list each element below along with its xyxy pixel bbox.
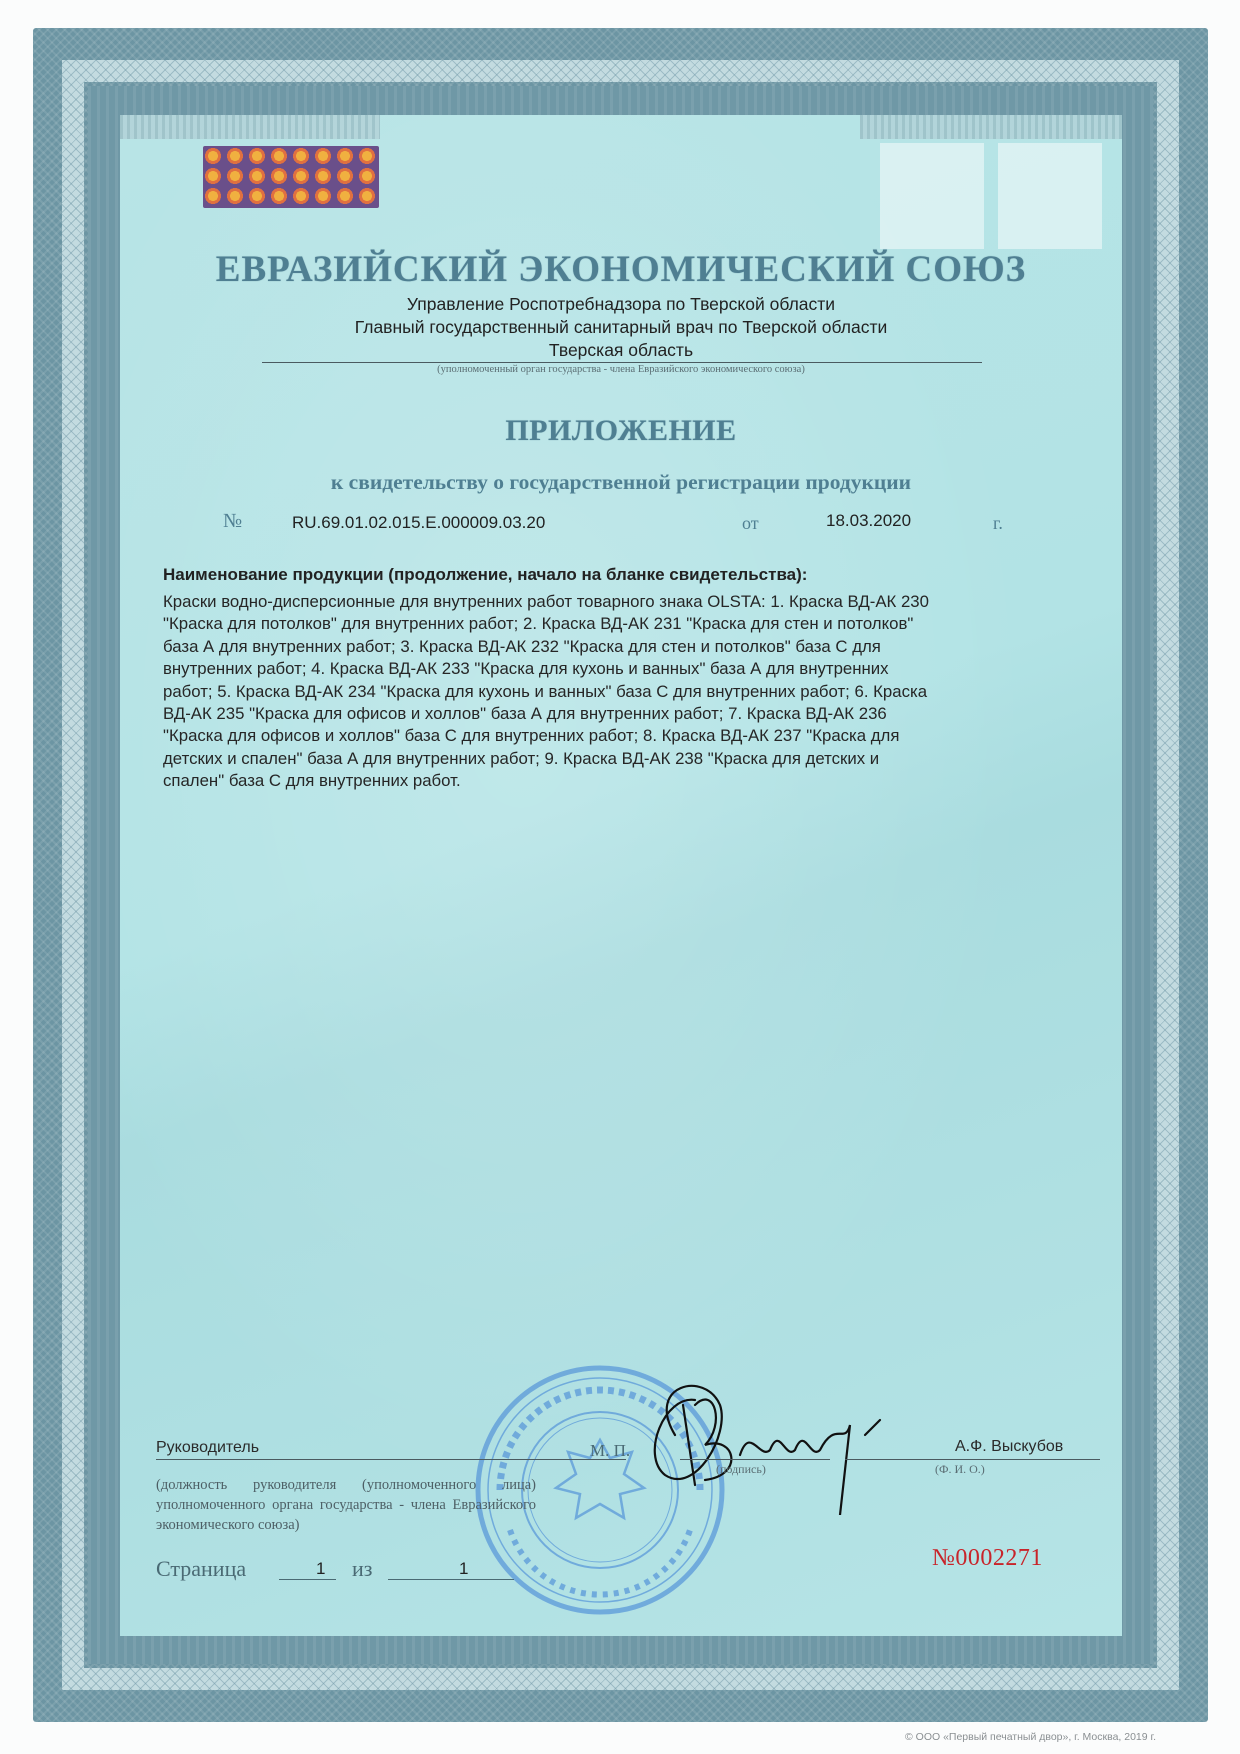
signature-caption: (подпись): [716, 1462, 766, 1477]
product-line: работ; 5. Краска ВД-АК 234 "Краска для к…: [163, 681, 1098, 703]
appendix-subtitle: к свидетельству о государственной регист…: [120, 470, 1122, 495]
product-line: Краски водно-дисперсионные для внутренни…: [163, 591, 1098, 613]
name-caption: (Ф. И. О.): [935, 1462, 985, 1477]
signature-underline: [680, 1459, 830, 1460]
product-line: "Краска для потолков" для внутренних раб…: [163, 613, 1098, 635]
security-strip-left: [120, 115, 380, 139]
security-strip-right: [860, 115, 1122, 139]
page-label: Страница: [156, 1556, 246, 1582]
current-page-underline: [279, 1579, 336, 1580]
serial-number: №0002271: [932, 1545, 1043, 1572]
role-underline: [156, 1459, 626, 1460]
product-line: детских и спален" база А для внутренних …: [163, 748, 1098, 770]
name-underline: [845, 1459, 1100, 1460]
year-suffix: г.: [993, 513, 1003, 534]
page-of-label: из: [352, 1556, 372, 1582]
current-page: 1: [316, 1559, 325, 1579]
total-pages-underline: [388, 1579, 514, 1580]
authority-line: Управление Роспотребнадзора по Тверской …: [120, 294, 1122, 315]
appendix-title: ПРИЛОЖЕНИЕ: [120, 414, 1122, 448]
certificate-date: 18.03.2020: [826, 511, 911, 531]
blank-field-box: [998, 143, 1102, 249]
product-line: спален" база С для внутренних работ.: [163, 770, 1098, 792]
authority-caption: (уполномоченный орган государства - член…: [120, 364, 1122, 375]
certificate-number: RU.69.01.02.015.Е.000009.03.20: [292, 513, 545, 533]
product-line: ВД-АК 235 "Краска для офисов и холлов" б…: [163, 703, 1098, 725]
blank-field-box: [880, 143, 984, 249]
authority-line: Тверская область: [120, 340, 1122, 361]
from-label: от: [742, 513, 759, 534]
union-title: ЕВРАЗИЙСКИЙ ЭКОНОМИЧЕСКИЙ СОЮЗ: [120, 248, 1122, 291]
number-label: №: [223, 510, 242, 533]
product-line: "Краска для офисов и холлов" база С для …: [163, 725, 1098, 747]
product-line: внутренних работ; 4. Краска ВД-АК 233 "К…: [163, 658, 1098, 680]
product-heading: Наименование продукции (продолжение, нач…: [163, 565, 807, 585]
product-line: база А для внутренних работ; 3. Краска В…: [163, 636, 1098, 658]
signatory-name: А.Ф. Выскубов: [955, 1438, 1063, 1456]
signatory-role: Руководитель: [156, 1439, 259, 1457]
printer-copyright: © ООО «Первый печатный двор», г. Москва,…: [905, 1731, 1156, 1743]
signature-icon: [635, 1365, 915, 1515]
authority-line: Главный государственный санитарный врач …: [120, 317, 1122, 338]
hologram-icon: [203, 146, 379, 208]
role-description: (должность руководителя (уполномоченного…: [156, 1475, 536, 1535]
product-description: Краски водно-дисперсионные для внутренни…: [163, 591, 1098, 793]
authority-underline: [262, 362, 982, 363]
total-pages: 1: [459, 1559, 468, 1579]
seal-label: М. П.: [590, 1441, 630, 1461]
